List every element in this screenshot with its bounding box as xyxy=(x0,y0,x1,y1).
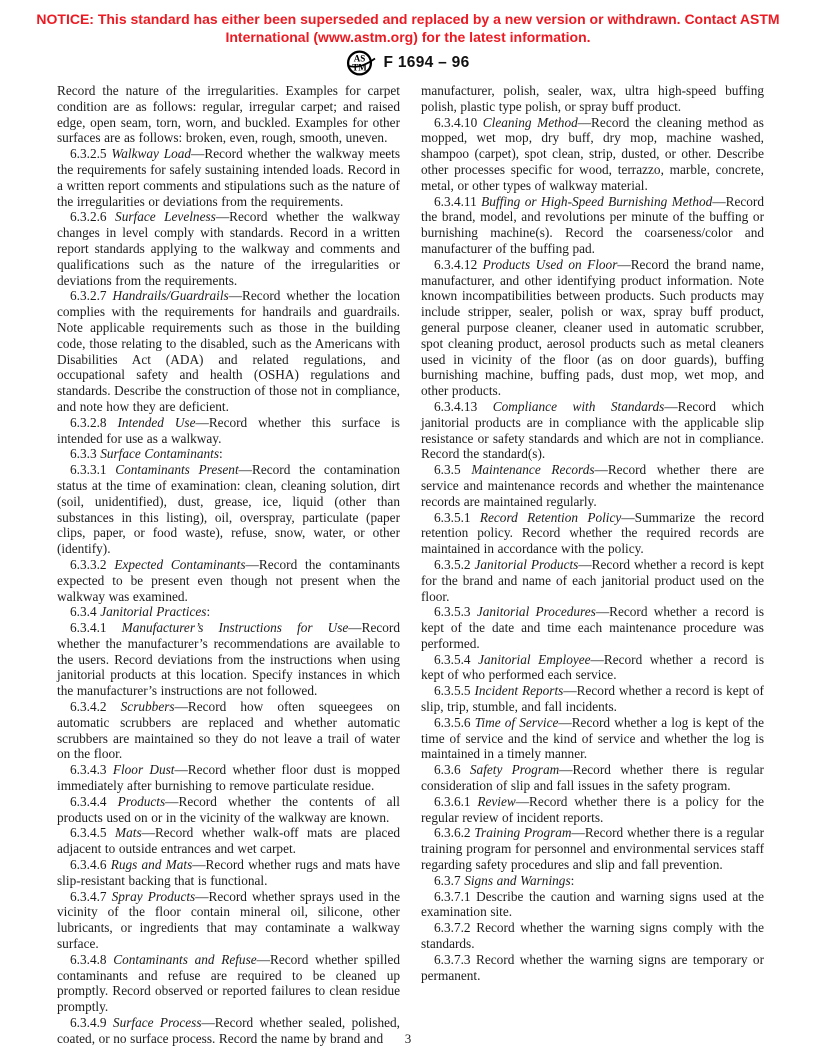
left-column: Record the nature of the irregularities.… xyxy=(57,83,400,1047)
section-title: Janitorial Products xyxy=(474,557,578,572)
body-text: 6.3.7.2 Record whether the warning signs… xyxy=(421,920,764,951)
body-text: 6.3.4.1 xyxy=(70,620,122,635)
body-text: Record the nature of the irregularities.… xyxy=(57,83,400,145)
section-title: Buffing or High-Speed Burnishing Method xyxy=(481,194,712,209)
paragraph: Record the nature of the irregularities.… xyxy=(57,83,400,146)
body-text: 6.3.4.7 xyxy=(70,889,112,904)
section-title: Products xyxy=(118,794,166,809)
paragraph: 6.3.6 Safety Program—Record whether ther… xyxy=(421,762,764,794)
body-text: 6.3.3.2 xyxy=(70,557,114,572)
section-title: Handrails/Guardrails xyxy=(112,288,228,303)
paragraph: 6.3.5.5 Incident Reports—Record whether … xyxy=(421,683,764,715)
body-text: 6.3.5.4 xyxy=(434,652,478,667)
page-number: 3 xyxy=(0,1031,816,1047)
body-text: 6.3.2.6 xyxy=(70,209,115,224)
section-title: Contaminants and Refuse xyxy=(113,952,256,967)
section-title: Maintenance Records xyxy=(471,462,594,477)
paragraph: 6.3.2.6 Surface Levelness—Record whether… xyxy=(57,209,400,288)
section-title: Janitorial Employee xyxy=(478,652,590,667)
paragraph: 6.3.6.1 Review—Record whether there is a… xyxy=(421,794,764,826)
paragraph: 6.3.4 Janitorial Practices: xyxy=(57,604,400,620)
paragraph: 6.3.3.2 Expected Contaminants—Record the… xyxy=(57,557,400,604)
paragraph: 6.3.4.4 Products—Record whether the cont… xyxy=(57,794,400,826)
paragraph: 6.3.5.4 Janitorial Employee—Record wheth… xyxy=(421,652,764,684)
body-text: 6.3.4.5 xyxy=(70,825,115,840)
paragraph: 6.3.5.1 Record Retention Policy—Summariz… xyxy=(421,510,764,557)
paragraph: 6.3.4.10 Cleaning Method—Record the clea… xyxy=(421,115,764,194)
astm-logo-letters-bottom: TM xyxy=(353,62,368,72)
document-header: AS TM F 1694 – 96 xyxy=(0,48,816,78)
document-number: F 1694 – 96 xyxy=(383,54,469,72)
body-text: 6.3.4.9 xyxy=(70,1015,113,1030)
section-title: Training Program xyxy=(474,825,571,840)
section-title: Safety Program xyxy=(470,762,559,777)
paragraph: 6.3.4.6 Rugs and Mats—Record whether rug… xyxy=(57,857,400,889)
paragraph: 6.3.4.2 Scrubbers—Record how often squee… xyxy=(57,699,400,762)
body-text: 6.3.2.8 xyxy=(70,415,117,430)
body-text: —Record the brand name, manufacturer, an… xyxy=(421,257,764,398)
body-text: 6.3.4.2 xyxy=(70,699,121,714)
paragraph: 6.3.3 Surface Contaminants: xyxy=(57,446,400,462)
body-text: 6.3.6.1 xyxy=(434,794,477,809)
section-title: Cleaning Method xyxy=(483,115,578,130)
body-text: 6.3.4.10 xyxy=(434,115,483,130)
paragraph: 6.3.2.7 Handrails/Guardrails—Record whet… xyxy=(57,288,400,414)
section-title: Compliance with Standards xyxy=(493,399,665,414)
body-text: 6.3.7.1 Describe the caution and warning… xyxy=(421,889,764,920)
paragraph: 6.3.2.8 Intended Use—Record whether this… xyxy=(57,415,400,447)
paragraph: 6.3.4.5 Mats—Record whether walk-off mat… xyxy=(57,825,400,857)
paragraph: 6.3.4.1 Manufacturer’s Instructions for … xyxy=(57,620,400,699)
body-text: 6.3.4.4 xyxy=(70,794,118,809)
section-title: Scrubbers xyxy=(121,699,175,714)
body-text: 6.3.4.12 xyxy=(434,257,483,272)
body-text: 6.3.5.2 xyxy=(434,557,474,572)
section-title: Spray Products xyxy=(112,889,196,904)
section-title: Janitorial Procedures xyxy=(477,604,596,619)
body-text: 6.3.4.13 xyxy=(434,399,493,414)
section-title: Surface Contaminants xyxy=(100,446,219,461)
body-text: 6.3.2.7 xyxy=(70,288,112,303)
body-text: : xyxy=(206,604,210,619)
paragraph: 6.3.7.2 Record whether the warning signs… xyxy=(421,920,764,952)
body-text: 6.3.4 xyxy=(70,604,100,619)
section-title: Review xyxy=(477,794,515,809)
paragraph: 6.3.3.1 Contaminants Present—Record the … xyxy=(57,462,400,557)
section-title: Surface Process xyxy=(113,1015,202,1030)
paragraph: 6.3.4.8 Contaminants and Refuse—Record w… xyxy=(57,952,400,1015)
body-text: 6.3.5.5 xyxy=(434,683,474,698)
body-text: 6.3.4.11 xyxy=(434,194,481,209)
body-text: 6.3.4.3 xyxy=(70,762,113,777)
body-text: 6.3.6 xyxy=(434,762,470,777)
section-title: Contaminants Present xyxy=(115,462,238,477)
superseded-notice: NOTICE: This standard has either been su… xyxy=(0,11,816,46)
body-text: 6.3.5 xyxy=(434,462,471,477)
paragraph: 6.3.7 Signs and Warnings: xyxy=(421,873,764,889)
paragraph: 6.3.5.6 Time of Service—Record whether a… xyxy=(421,715,764,762)
body-text: 6.3.6.2 xyxy=(434,825,474,840)
astm-logo-icon: AS TM xyxy=(346,49,376,77)
section-title: Time of Service xyxy=(475,715,559,730)
section-title: Record Retention Policy xyxy=(480,510,621,525)
body-text: 6.3.4.8 xyxy=(70,952,113,967)
section-title: Intended Use xyxy=(117,415,195,430)
paragraph: 6.3.5.2 Janitorial Products—Record wheth… xyxy=(421,557,764,604)
body-text: 6.3.3.1 xyxy=(70,462,115,477)
body-text: 6.3.7 xyxy=(434,873,464,888)
paragraph: 6.3.4.3 Floor Dust—Record whether floor … xyxy=(57,762,400,794)
astm-standard-page: { "colors": { "notice_red": "#ec1b23", "… xyxy=(0,0,816,1056)
section-title: Walkway Load xyxy=(111,146,191,161)
paragraph: 6.3.7.1 Describe the caution and warning… xyxy=(421,889,764,921)
body-text: 6.3.5.3 xyxy=(434,604,477,619)
body-text: 6.3.7.3 Record whether the warning signs… xyxy=(421,952,764,983)
paragraph: 6.3.7.3 Record whether the warning signs… xyxy=(421,952,764,984)
section-title: Signs and Warnings xyxy=(464,873,570,888)
body-text: manufacturer, polish, sealer, wax, ultra… xyxy=(421,83,764,114)
section-title: Janitorial Practices xyxy=(100,604,206,619)
section-title: Mats xyxy=(115,825,142,840)
body-text: : xyxy=(571,873,575,888)
body-text: 6.3.5.6 xyxy=(434,715,475,730)
body-text: —Record whether the location complies wi… xyxy=(57,288,400,414)
body-text: : xyxy=(219,446,223,461)
section-title: Rugs and Mats xyxy=(111,857,193,872)
section-title: Products Used on Floor xyxy=(483,257,618,272)
section-title: Floor Dust xyxy=(113,762,175,777)
paragraph: 6.3.2.5 Walkway Load—Record whether the … xyxy=(57,146,400,209)
section-title: Surface Levelness xyxy=(115,209,216,224)
body-text: 6.3.3 xyxy=(70,446,100,461)
paragraph: 6.3.4.12 Products Used on Floor—Record t… xyxy=(421,257,764,399)
section-title: Expected Contaminants xyxy=(114,557,245,572)
paragraph: 6.3.5.3 Janitorial Procedures—Record whe… xyxy=(421,604,764,651)
body-text: 6.3.5.1 xyxy=(434,510,480,525)
body-text: 6.3.2.5 xyxy=(70,146,111,161)
paragraph: 6.3.4.13 Compliance with Standards—Recor… xyxy=(421,399,764,462)
section-title: Incident Reports xyxy=(474,683,563,698)
paragraph: manufacturer, polish, sealer, wax, ultra… xyxy=(421,83,764,115)
paragraph: 6.3.6.2 Training Program—Record whether … xyxy=(421,825,764,872)
paragraph: 6.3.4.7 Spray Products—Record whether sp… xyxy=(57,889,400,952)
right-column: manufacturer, polish, sealer, wax, ultra… xyxy=(421,83,764,1047)
superseded-notice-text: NOTICE: This standard has either been su… xyxy=(36,11,780,46)
paragraph: 6.3.4.11 Buffing or High-Speed Burnishin… xyxy=(421,194,764,257)
paragraph: 6.3.5 Maintenance Records—Record whether… xyxy=(421,462,764,509)
body-text: 6.3.4.6 xyxy=(70,857,111,872)
section-title: Manufacturer’s Instructions for Use xyxy=(122,620,349,635)
two-column-body: Record the nature of the irregularities.… xyxy=(57,83,764,1047)
